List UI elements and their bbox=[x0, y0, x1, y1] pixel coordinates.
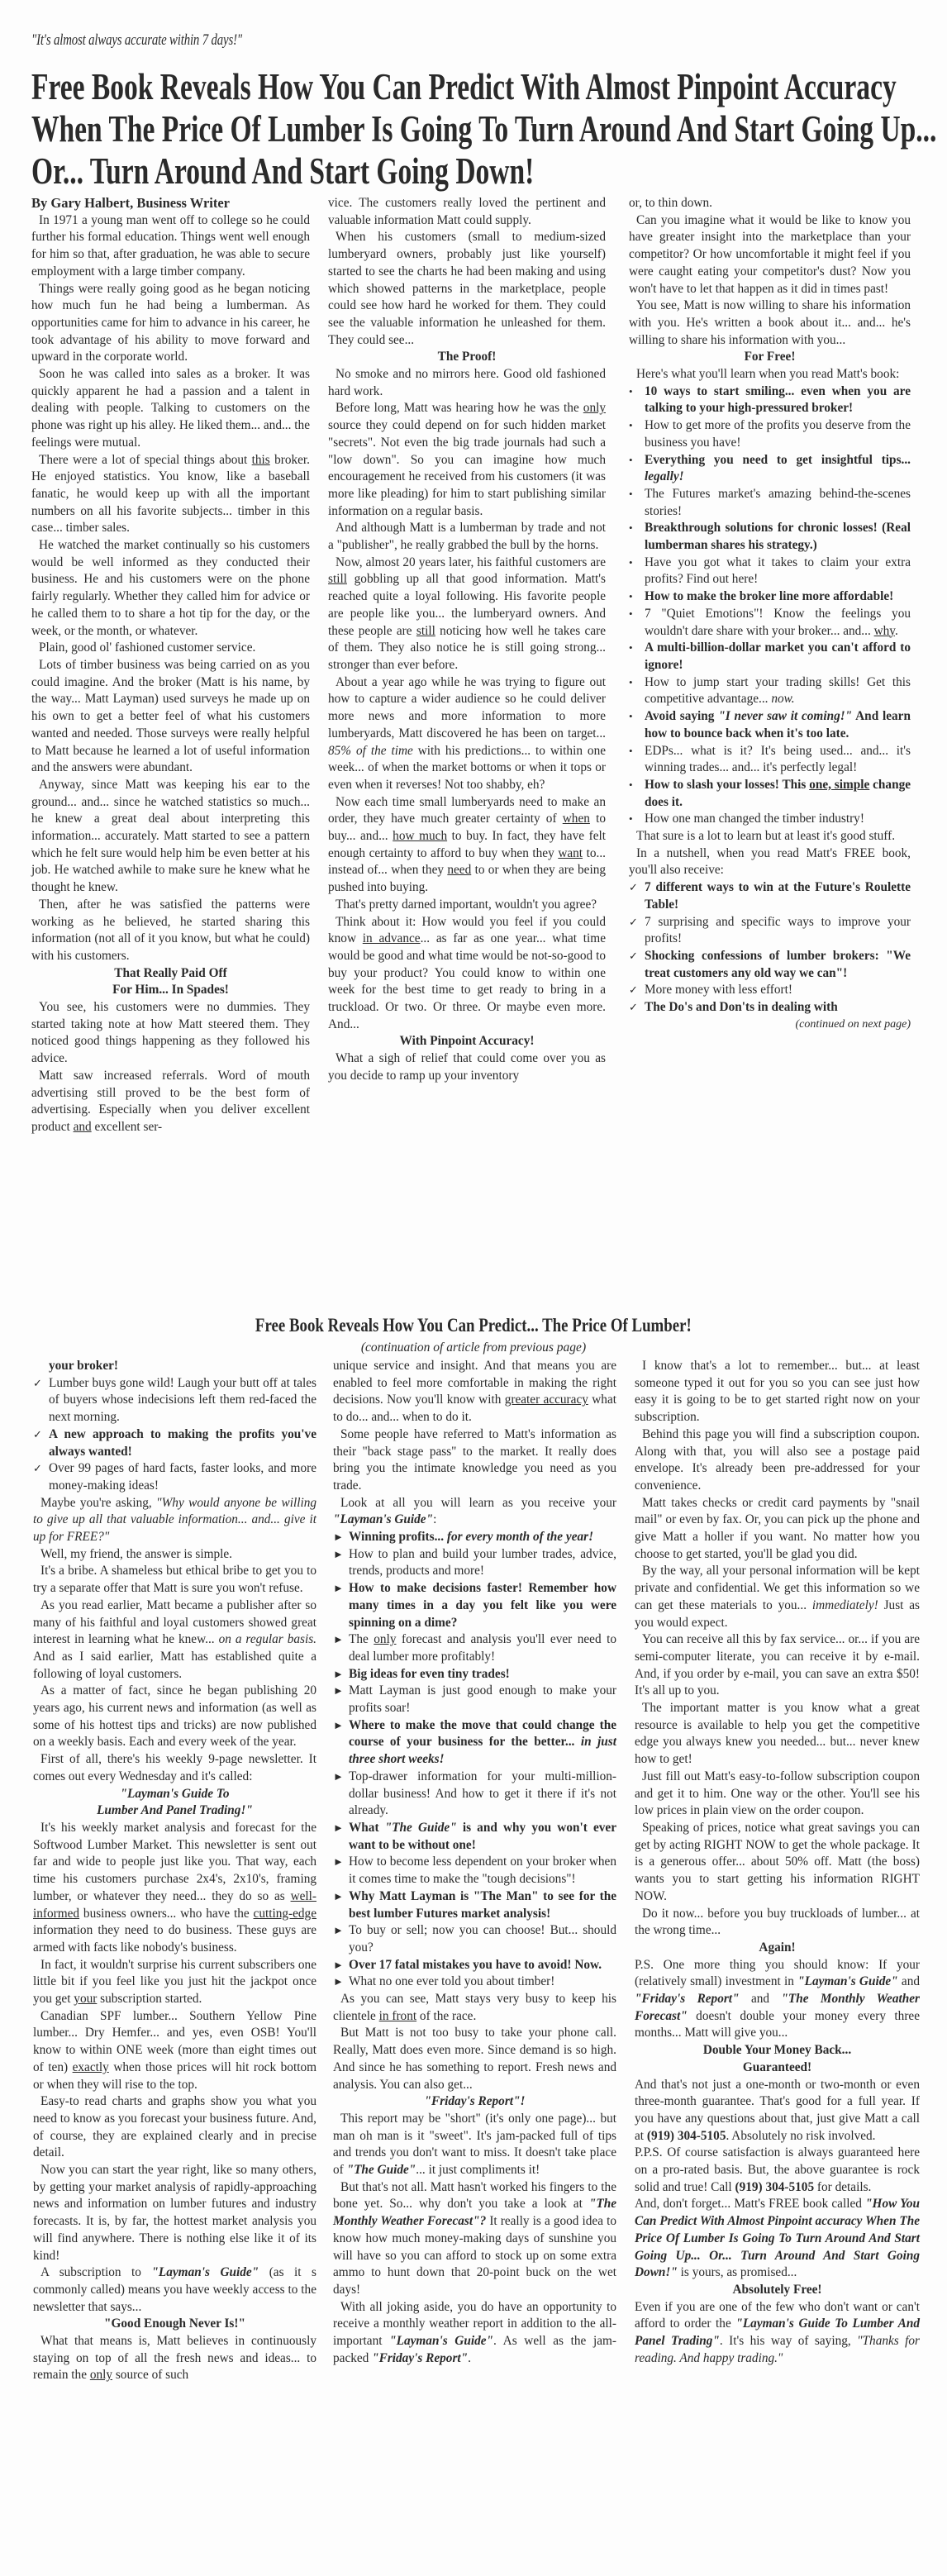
list-item: ✓Shocking confessions of lumber brokers:… bbox=[629, 948, 911, 982]
list-item: ✓A new approach to making the profits yo… bbox=[33, 1426, 316, 1460]
paragraph: A subscription to "Layman's Guide" (as i… bbox=[33, 2264, 316, 2316]
paragraph: Think about it: How would you feel if yo… bbox=[328, 914, 606, 1034]
paragraph: Things were really going good as he bega… bbox=[31, 281, 310, 367]
list-item: ►How to make decisions faster! Remember … bbox=[333, 1580, 616, 1631]
p2-column-1: your broker! ✓Lumber buys gone wild! Lau… bbox=[33, 1358, 316, 2384]
paragraph: Lots of timber business was being carrie… bbox=[31, 657, 310, 777]
phone-number: (919) 304-5105 bbox=[735, 2180, 815, 2194]
page-1-columns: By Gary Halbert, Business Writer In 1971… bbox=[31, 195, 911, 1136]
list-item: ►Matt Layman is just good enough to make… bbox=[333, 1683, 616, 1717]
checkmark-icon: ✓ bbox=[629, 948, 642, 965]
paragraph: In a nutshell, when you read Matt's FREE… bbox=[629, 845, 911, 879]
bullet-icon: • bbox=[629, 452, 642, 469]
paragraph: As a matter of fact, since he began publ… bbox=[33, 1683, 316, 1751]
list-item: •Avoid saying "I never saw it coming!" A… bbox=[629, 708, 911, 742]
list-item: ✓7 surprising and specific ways to impro… bbox=[629, 914, 911, 948]
triangle-right-icon: ► bbox=[333, 1922, 346, 1940]
paragraph: What a sigh of relief that could come ov… bbox=[328, 1050, 606, 1084]
paragraph: You see, his customers were no dummies. … bbox=[31, 999, 310, 1068]
bullet-icon: • bbox=[629, 674, 642, 692]
paragraph: Speaking of prices, notice what great sa… bbox=[635, 1820, 920, 1906]
list-item: •Have you got what it takes to claim you… bbox=[629, 555, 911, 588]
subheading: For Him... In Spades! bbox=[31, 982, 310, 999]
paragraph: With all joking aside, you do have an op… bbox=[333, 2299, 616, 2368]
continued-note: (continued on next page) bbox=[629, 1017, 911, 1034]
subheading: Double Your Money Back... bbox=[635, 2042, 920, 2059]
paragraph: As you can see, Matt stays very busy to … bbox=[333, 1991, 616, 2025]
list-item: ►Big ideas for even tiny trades! bbox=[333, 1666, 616, 1683]
list-item: ►Over 17 fatal mistakes you have to avoi… bbox=[333, 1957, 616, 1974]
paragraph: Behind this page you will find a subscri… bbox=[635, 1426, 920, 1495]
list-item: ►What no one ever told you about timber! bbox=[333, 1974, 616, 1991]
triangle-right-icon: ► bbox=[333, 1820, 346, 1837]
paragraph: unique service and insight. And that mea… bbox=[333, 1358, 616, 1426]
checklist: ✓Lumber buys gone wild! Laugh your butt … bbox=[33, 1375, 316, 1495]
checkmark-icon: ✓ bbox=[33, 1426, 46, 1444]
paragraph: Just fill out Matt's easy-to-follow subs… bbox=[635, 1769, 920, 1820]
paragraph: Anyway, since Matt was keeping his ear t… bbox=[31, 777, 310, 897]
checkmark-icon: ✓ bbox=[629, 982, 642, 999]
paragraph: Plain, good ol' fashioned customer servi… bbox=[31, 640, 310, 657]
subheading: With Pinpoint Accuracy! bbox=[328, 1033, 606, 1050]
paragraph: When his customers (small to medium-size… bbox=[328, 229, 606, 349]
arrow-list: ►Winning profits... for every month of t… bbox=[333, 1529, 616, 1991]
paragraph: And that's not just a one-month or two-m… bbox=[635, 2077, 920, 2145]
paragraph: Maybe you're asking, "Why would anyone b… bbox=[33, 1495, 316, 1546]
triangle-right-icon: ► bbox=[333, 1529, 346, 1546]
subheading: "Good Enough Never Is!" bbox=[33, 2316, 316, 2333]
subheading: Lumber And Panel Trading!" bbox=[33, 1802, 316, 1820]
checklist: ✓7 different ways to win at the Future's… bbox=[629, 879, 911, 1017]
byline: By Gary Halbert, Business Writer bbox=[31, 195, 310, 212]
paragraph: Then, after he was satisfied the pattern… bbox=[31, 897, 310, 965]
paragraph: Now each time small lumberyards need to … bbox=[328, 794, 606, 897]
triangle-right-icon: ► bbox=[333, 1717, 346, 1735]
list-item: •How to make the broker line more afford… bbox=[629, 588, 911, 606]
checkmark-icon: ✓ bbox=[33, 1460, 46, 1478]
list-item: ✓More money with less effort! bbox=[629, 982, 911, 999]
paragraph: your broker! bbox=[33, 1358, 316, 1375]
triangle-right-icon: ► bbox=[333, 1580, 346, 1598]
paragraph: And, don't forget... Matt's FREE book ca… bbox=[635, 2196, 920, 2282]
paragraph: Even if you are one of the few who don't… bbox=[635, 2299, 920, 2368]
list-item: ►Why Matt Layman is "The Man" to see for… bbox=[333, 1888, 616, 1922]
list-item: ►The only forecast and analysis you'll e… bbox=[333, 1631, 616, 1665]
checkmark-icon: ✓ bbox=[629, 999, 642, 1017]
paragraph: Now you can start the year right, like s… bbox=[33, 2162, 316, 2264]
checkmark-icon: ✓ bbox=[33, 1375, 46, 1393]
paragraph: Can you imagine what it would be like to… bbox=[629, 212, 911, 298]
p2-column-2: unique service and insight. And that mea… bbox=[333, 1358, 616, 2384]
list-item: ►Top-drawer information for your multi-m… bbox=[333, 1769, 616, 1820]
p1-column-1: By Gary Halbert, Business Writer In 1971… bbox=[31, 195, 310, 1136]
list-item: •How to jump start your trading skills! … bbox=[629, 674, 911, 708]
paragraph: Canadian SPF lumber... Southern Yellow P… bbox=[33, 2008, 316, 2094]
postscript: P.P.S. Of course satisfaction is always … bbox=[635, 2145, 920, 2196]
p1-column-2: vice. The customers really loved the per… bbox=[328, 195, 606, 1136]
list-item: •A multi-billion-dollar market you can't… bbox=[629, 640, 911, 674]
p1-column-3: or, to thin down. Can you imagine what i… bbox=[629, 195, 911, 1136]
paragraph: In fact, it wouldn't surprise his curren… bbox=[33, 1957, 316, 2008]
paragraph: You can receive all this by fax service.… bbox=[635, 1631, 920, 1700]
subheading: Absolutely Free! bbox=[635, 2282, 920, 2299]
paragraph: Some people have referred to Matt's info… bbox=[333, 1426, 616, 1495]
paragraph: He watched the market continually so his… bbox=[31, 537, 310, 640]
list-item: •The Futures market's amazing behind-the… bbox=[629, 486, 911, 520]
bullet-icon: • bbox=[629, 640, 642, 657]
paragraph: Soon he was called into sales as a broke… bbox=[31, 366, 310, 452]
paragraph: You see, Matt is now willing to share hi… bbox=[629, 298, 911, 349]
list-item: ►To buy or sell; now you can choose! But… bbox=[333, 1922, 616, 1956]
page-2-columns: your broker! ✓Lumber buys gone wild! Lau… bbox=[33, 1358, 920, 2384]
paragraph: What that means is, Matt believes in con… bbox=[33, 2333, 316, 2384]
list-item: ✓7 different ways to win at the Future's… bbox=[629, 879, 911, 913]
postscript: P.S. One more thing you should know: If … bbox=[635, 1957, 920, 2043]
list-item: ►Winning profits... for every month of t… bbox=[333, 1529, 616, 1546]
kicker-quote: "It's almost always accurate within 7 da… bbox=[31, 31, 242, 50]
triangle-right-icon: ► bbox=[333, 1683, 346, 1700]
subheading: That Really Paid Off bbox=[31, 965, 310, 983]
list-item: •Breakthrough solutions for chronic loss… bbox=[629, 520, 911, 554]
paragraph: In 1971 a young man went off to college … bbox=[31, 212, 310, 281]
triangle-right-icon: ► bbox=[333, 1888, 346, 1906]
list-item: ✓Over 99 pages of hard facts, faster loo… bbox=[33, 1460, 316, 1494]
paragraph: And although Matt is a lumberman by trad… bbox=[328, 520, 606, 554]
p2-column-3: I know that's a lot to remember... but..… bbox=[635, 1358, 920, 2384]
paragraph: Before long, Matt was hearing how he was… bbox=[328, 400, 606, 520]
list-item: ►What "The Guide" is and why you won't e… bbox=[333, 1820, 616, 1854]
paragraph: Matt takes checks or credit card payment… bbox=[635, 1495, 920, 1564]
bullet-icon: • bbox=[629, 708, 642, 726]
bullet-icon: • bbox=[629, 383, 642, 401]
list-item: •Everything you need to get insightful t… bbox=[629, 452, 911, 486]
paragraph: That sure is a lot to learn but at least… bbox=[629, 828, 911, 845]
paragraph: But that's not all. Matt hasn't worked h… bbox=[333, 2179, 616, 2299]
subheading: "Friday's Report"! bbox=[333, 2093, 616, 2111]
headline: Free Book Reveals How You Can Predict Wi… bbox=[31, 66, 947, 193]
paragraph: or, to thin down. bbox=[629, 195, 911, 212]
bullet-icon: • bbox=[629, 588, 642, 606]
paragraph: It's a bribe. A shameless but ethical br… bbox=[33, 1563, 316, 1597]
subheading: The Proof! bbox=[328, 349, 606, 366]
paragraph: vice. The customers really loved the per… bbox=[328, 195, 606, 229]
triangle-right-icon: ► bbox=[333, 1974, 346, 1991]
list-item: ►How to become less dependent on your br… bbox=[333, 1854, 616, 1888]
bullet-icon: • bbox=[629, 606, 642, 623]
page-2-title: Free Book Reveals How You Can Predict...… bbox=[0, 1315, 947, 1336]
bullet-icon: • bbox=[629, 486, 642, 503]
triangle-right-icon: ► bbox=[333, 1957, 346, 1974]
paragraph: By the way, all your personal informatio… bbox=[635, 1563, 920, 1631]
subheading: For Free! bbox=[629, 349, 911, 366]
subheading: Again! bbox=[635, 1940, 920, 1957]
list-item: ►Where to make the move that could chang… bbox=[333, 1717, 616, 1769]
checkmark-icon: ✓ bbox=[629, 914, 642, 931]
paragraph: About a year ago while he was trying to … bbox=[328, 674, 606, 794]
list-item: •How to slash your losses! This one, sim… bbox=[629, 777, 911, 811]
paragraph: Well, my friend, the answer is simple. bbox=[33, 1546, 316, 1564]
list-item: •7 "Quiet Emotions"! Know the feelings y… bbox=[629, 606, 911, 640]
bullet-icon: • bbox=[629, 777, 642, 794]
phone-number: (919) 304-5105 bbox=[647, 2129, 726, 2143]
list-item: •EDPs... what is it? It's being used... … bbox=[629, 743, 911, 777]
paragraph: I know that's a lot to remember... but..… bbox=[635, 1358, 920, 1426]
paragraph: Here's what you'll learn when you read M… bbox=[629, 366, 911, 383]
triangle-right-icon: ► bbox=[333, 1631, 346, 1649]
page-2-subtitle: (continuation of article from previous p… bbox=[0, 1340, 947, 1355]
paragraph: No smoke and no mirrors here. Good old f… bbox=[328, 366, 606, 400]
list-item: ✓Lumber buys gone wild! Laugh your butt … bbox=[33, 1375, 316, 1426]
paragraph: Look at all you will learn as you receiv… bbox=[333, 1495, 616, 1529]
list-item: •How to get more of the profits you dese… bbox=[629, 417, 911, 451]
list-item: •10 ways to start smiling... even when y… bbox=[629, 383, 911, 417]
triangle-right-icon: ► bbox=[333, 1546, 346, 1564]
paragraph: It's his weekly market analysis and fore… bbox=[33, 1820, 316, 1957]
bullet-list: •10 ways to start smiling... even when y… bbox=[629, 383, 911, 828]
paragraph: The important matter is you know what a … bbox=[635, 1700, 920, 1769]
subheading: "Layman's Guide To bbox=[33, 1786, 316, 1803]
paragraph: Do it now... before you buy truckloads o… bbox=[635, 1906, 920, 1940]
bullet-icon: • bbox=[629, 520, 642, 537]
triangle-right-icon: ► bbox=[333, 1666, 346, 1683]
paragraph: Easy-to read charts and graphs show you … bbox=[33, 2093, 316, 2162]
paragraph: That's pretty darned important, wouldn't… bbox=[328, 897, 606, 914]
bullet-icon: • bbox=[629, 555, 642, 572]
paragraph: Matt saw increased referrals. Word of mo… bbox=[31, 1068, 310, 1136]
list-item: •How one man changed the timber industry… bbox=[629, 811, 911, 828]
paragraph: First of all, there's his weekly 9-page … bbox=[33, 1751, 316, 1785]
list-item: ►How to plan and build your lumber trade… bbox=[333, 1546, 616, 1580]
bullet-icon: • bbox=[629, 743, 642, 760]
paragraph: Now, almost 20 years later, his faithful… bbox=[328, 555, 606, 674]
list-item: ✓The Do's and Don'ts in dealing with bbox=[629, 999, 911, 1017]
triangle-right-icon: ► bbox=[333, 1769, 346, 1786]
paragraph: As you read earlier, Matt became a publi… bbox=[33, 1598, 316, 1683]
triangle-right-icon: ► bbox=[333, 1854, 346, 1871]
checkmark-icon: ✓ bbox=[629, 879, 642, 897]
paragraph: This report may be "short" (it's only on… bbox=[333, 2111, 616, 2179]
paragraph: But Matt is not too busy to take your ph… bbox=[333, 2025, 616, 2093]
paragraph: There were a lot of special things about… bbox=[31, 452, 310, 538]
bullet-icon: • bbox=[629, 417, 642, 435]
bullet-icon: • bbox=[629, 811, 642, 828]
subheading: Guaranteed! bbox=[635, 2059, 920, 2077]
